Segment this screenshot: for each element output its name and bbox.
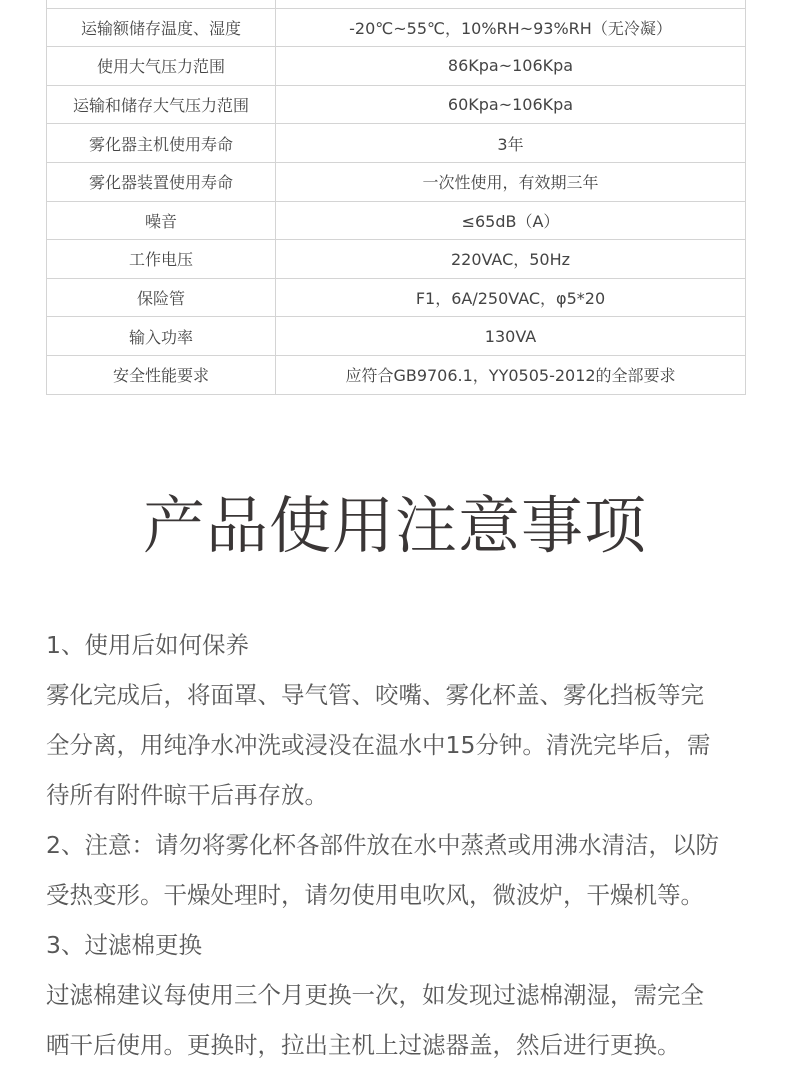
spec-label: 工作电压 [47,240,276,279]
spec-value: -20℃~55℃，10%RH~93%RH（无冷凝） [276,8,746,47]
note-heading: 3、过滤棉更换 [46,920,756,970]
spec-value: 一次性使用，有效期三年 [276,162,746,201]
table-row: 雾化器装置使用寿命一次性使用，有效期三年 [47,162,746,201]
spec-value: 3年 [276,124,746,163]
note-line: 2、注意：请勿将雾化杯各部件放在水中蒸煮或用沸水清洁，以防 [46,820,756,870]
spec-label: 运输额储存温度、湿度 [47,8,276,47]
table-row [47,0,746,8]
spec-label [47,0,276,8]
spec-label: 噪音 [47,201,276,240]
spec-value: F1，6A/250VAC，φ5*20 [276,278,746,317]
note-line: 待所有附件晾干后再存放。 [46,770,756,820]
spec-value: 130VA [276,317,746,356]
spec-value: 应符合GB9706.1，YY0505-2012的全部要求 [276,355,746,394]
spec-value: 86Kpa~106Kpa [276,47,746,86]
spec-label: 使用大气压力范围 [47,47,276,86]
table-row: 运输额储存温度、湿度-20℃~55℃，10%RH~93%RH（无冷凝） [47,8,746,47]
spec-value: ≤65dB（A） [276,201,746,240]
spec-table: 运输额储存温度、湿度-20℃~55℃，10%RH~93%RH（无冷凝） 使用大气… [46,0,746,395]
spec-value [276,0,746,8]
table-row: 工作电压220VAC，50Hz [47,240,746,279]
spec-label: 安全性能要求 [47,355,276,394]
table-row: 运输和储存大气压力范围60Kpa~106Kpa [47,85,746,124]
table-row: 使用大气压力范围86Kpa~106Kpa [47,47,746,86]
table-row: 安全性能要求应符合GB9706.1，YY0505-2012的全部要求 [47,355,746,394]
note-line: 雾化完成后，将面罩、导气管、咬嘴、雾化杯盖、雾化挡板等完 [46,670,756,720]
spec-label: 运输和储存大气压力范围 [47,85,276,124]
spec-label: 保险管 [47,278,276,317]
spec-value: 60Kpa~106Kpa [276,85,746,124]
usage-notes: 1、使用后如何保养 雾化完成后，将面罩、导气管、咬嘴、雾化杯盖、雾化挡板等完 全… [46,620,756,1070]
table-row: 雾化器主机使用寿命3年 [47,124,746,163]
table-row: 保险管F1，6A/250VAC，φ5*20 [47,278,746,317]
note-line: 过滤棉建议每使用三个月更换一次，如发现过滤棉潮湿，需完全 [46,970,756,1020]
section-title: 产品使用注意事项 [0,484,790,568]
table-row: 噪音≤65dB（A） [47,201,746,240]
spec-label: 雾化器装置使用寿命 [47,162,276,201]
note-line: 全分离，用纯净水冲洗或浸没在温水中15分钟。清洗完毕后，需 [46,720,756,770]
note-heading: 1、使用后如何保养 [46,620,756,670]
spec-label: 雾化器主机使用寿命 [47,124,276,163]
spec-label: 输入功率 [47,317,276,356]
note-line: 受热变形。干燥处理时，请勿使用电吹风，微波炉，干燥机等。 [46,870,756,920]
spec-value: 220VAC，50Hz [276,240,746,279]
table-row: 输入功率130VA [47,317,746,356]
note-line: 晒干后使用。更换时，拉出主机上过滤器盖，然后进行更换。 [46,1020,756,1070]
